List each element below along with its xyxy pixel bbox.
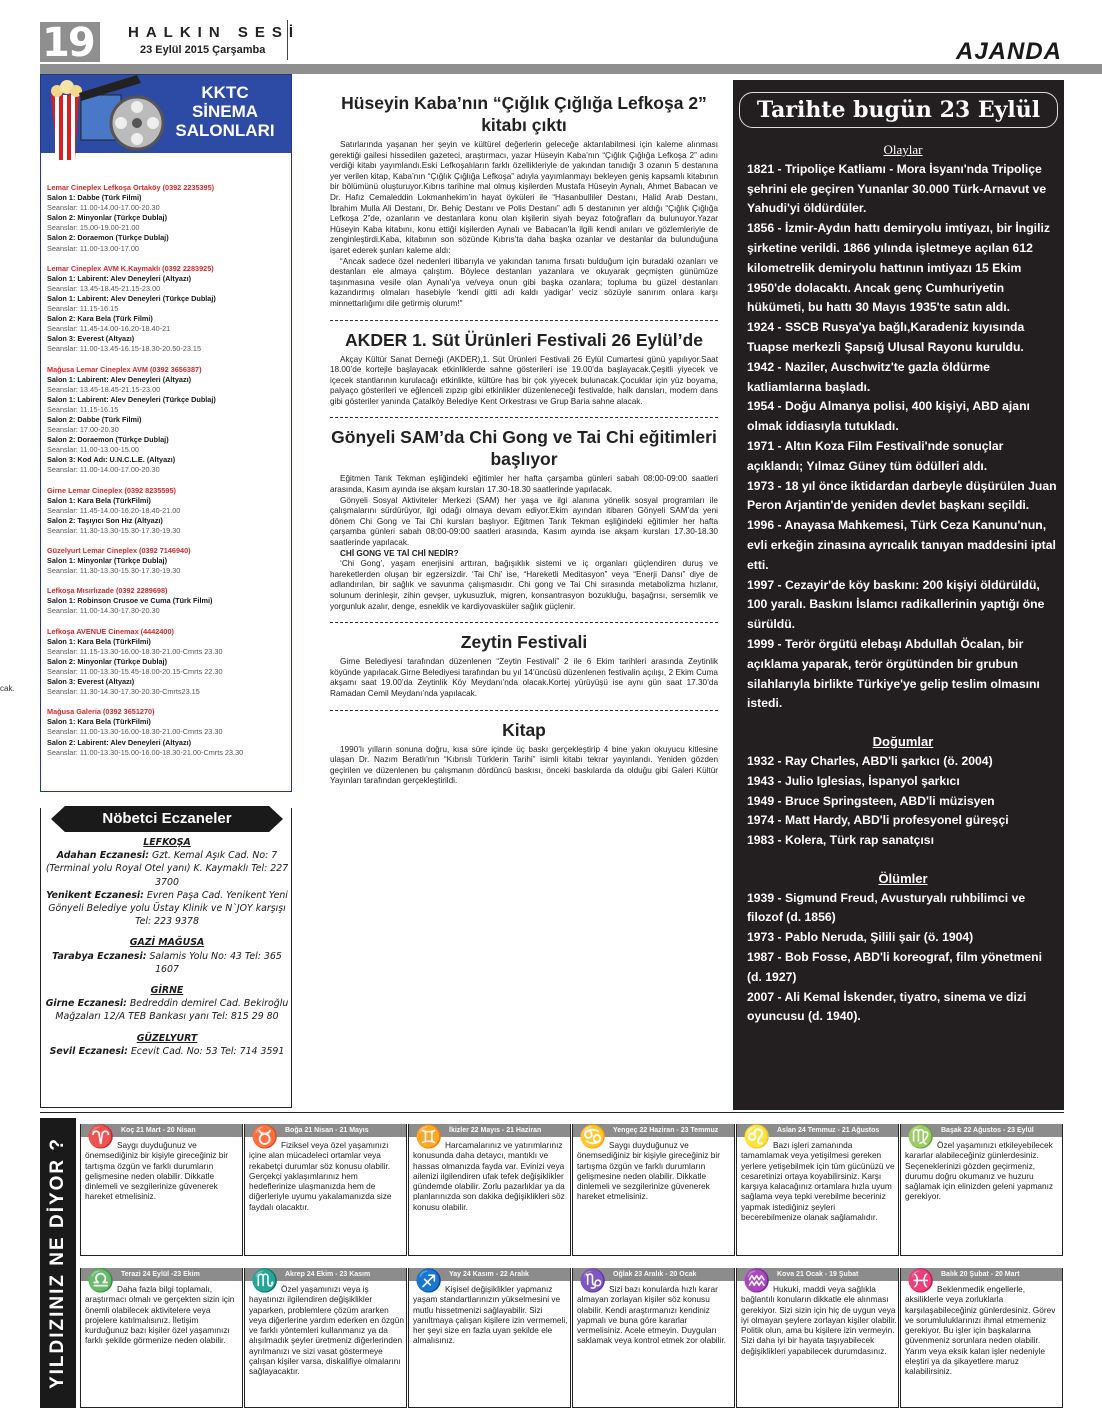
article-paragraph: 1990’lı yılların sonuna doğru, kısa süre… (330, 745, 718, 787)
history-item: 1996 - Anayasa Mahkemesi, Türk Ceza Kanu… (747, 516, 1059, 575)
history-item: 1974 - Matt Hardy, ABD'li profesyonel gü… (747, 811, 1059, 831)
pharmacy-city: GÜZELYURT (45, 1032, 289, 1045)
history-item: 1943 - Julio Iglesias, İspanyol şarkıcı (747, 772, 1059, 792)
salon-title: Salon 1: Kara Bela (TürkFilmi) (47, 637, 291, 647)
horoscope-card: Oğlak 23 Aralık - 20 Ocak♑Sizi bazı konu… (572, 1268, 735, 1408)
popcorn-film-reel-icon (45, 65, 165, 175)
salon-title: Salon 2: Labirent: Alev Deneyleri (Altya… (47, 738, 291, 748)
cinema-venue: Lefkoşa Mısırlızade (0392 2289698)Salon … (47, 586, 291, 616)
cinema-venue: Mağusa Lemar Cineplex AVM (0392 3656387)… (47, 365, 291, 476)
horoscope-card: Kova 21 Ocak - 19 Şubat♒Hukuki, maddi ve… (736, 1268, 899, 1408)
pharmacy-box: Nöbetci Eczaneler LEFKOŞAAdahan Eczanesi… (40, 808, 292, 1108)
history-item: 1954 - Doğu Almanya polisi, 400 kişiyi, … (747, 397, 1059, 437)
section-title: AJANDA (956, 38, 1062, 66)
history-item: 1973 - Pablo Neruda, Şilili şair (ö. 190… (747, 928, 1059, 948)
horoscope-text: Kişisel değişiklikler yapmanız yaşam sta… (413, 1284, 569, 1346)
cinema-venue: Girne Lemar Cineplex (0392 8235595)Salon… (47, 486, 291, 536)
cinema-banner: KKTC SİNEMA SALONLARI (41, 75, 291, 153)
horoscope-card: Aslan 24 Temmuz - 21 Ağustos♌Bazı işleri… (736, 1124, 899, 1256)
showtimes: Seanslar: 11.15-13.30-16.00-18.30-21.00-… (47, 647, 291, 657)
horoscope-text: Özel yaşamınızı veya iş hayatınızı ilgil… (249, 1284, 405, 1377)
pharmacy-list: LEFKOŞAAdahan Eczanesi: Gzt. Kemal Aşık … (45, 836, 289, 1058)
births-heading: Doğumlar (747, 732, 1059, 752)
horoscope-card: Yay 24 Kasım - 22 Aralık♐Kişisel değişik… (408, 1268, 571, 1408)
article-title: Zeytin Festivali (330, 631, 718, 653)
showtimes: Seanslar: 11.30-14.30-17.30-20.30-Cmrts2… (47, 687, 291, 697)
salon-title: Salon 1: Labirent: Alev Deneyleri (Türkç… (47, 395, 291, 405)
news-article: Kitap1990’lı yılların sonuna doğru, kısa… (330, 719, 718, 787)
showtimes: Seanslar: 11.30-13.30-15.30-17.30-19.30 (47, 566, 291, 576)
pharmacy-address: Salamis Yolu No: 43 Tel: 365 1607 (146, 951, 281, 975)
venue-name: Mağusa Lemar Cineplex AVM (0392 3656387) (47, 365, 291, 375)
salon-title: Salon 2: Doraemon (Türkçe Dublaj) (47, 435, 291, 445)
venue-name: Lemar Cineplex AVM K.Kaymaklı (0392 2283… (47, 264, 291, 274)
showtimes: Seanslar: 11.45-14.00-16.20-18.40-21 (47, 324, 291, 334)
horoscope-text: Hukuki, maddi veya sağlıkla bağlantılı k… (741, 1284, 897, 1356)
showtimes: Seanslar: 11.45-14.00-16.20-18.40-21.00 (47, 506, 291, 516)
history-item: 2007 - Ali Kemal İskender, tiyatro, sine… (747, 988, 1059, 1028)
pharmacy-city: GİRNE (45, 984, 289, 997)
showtimes: Seanslar: 11.00-13.00-15.00 (47, 445, 291, 455)
showtimes: Seanslar: 11.00-13.30-15.00-16.00-18.30-… (47, 748, 291, 758)
news-article: Gönyeli SAM’da Chi Gong ve Tai Chi eğiti… (330, 426, 718, 612)
salon-title: Salon 1: Labirent: Alev Deneyleri (Altya… (47, 274, 291, 284)
article-divider (330, 710, 718, 711)
showtimes: Seanslar: 11.00-14.00-17.00-20.30 (47, 465, 291, 475)
article-divider (330, 417, 718, 418)
history-item: 1997 - Cezayir'de köy baskını: 200 kişiy… (747, 576, 1059, 635)
horoscope-text: Saygı duyduğunuz ve önemsediğiniz bir ki… (85, 1140, 241, 1202)
venue-name: Lemar Cineplex Lefkoşa Ortaköy (0392 223… (47, 183, 291, 193)
history-title: Tarihte bugün 23 Eylül (739, 92, 1058, 128)
history-content: Olaylar 1821 - Tripoliçe Katliamı - Mora… (747, 140, 1059, 1027)
salon-title: Salon 2: Minyonlar (Türkçe Dublaj) (47, 213, 291, 223)
horoscope-card: Balık 20 Şubat - 20 Mart♓Beklenmedik eng… (900, 1268, 1063, 1408)
article-title: Kitap (330, 719, 718, 741)
showtimes: Seanslar: 11.00-13.00-17.00 (47, 244, 291, 254)
horoscope-text: Bazı işleri zamanında tamamlamak veya ye… (741, 1140, 897, 1222)
news-column: Hüseyin Kaba’nın “Çığlık Çığlığa Lefkoşa… (330, 92, 718, 787)
horoscope-card: Boğa 21 Nisan - 21 Mayıs♉Fiziksel veya ö… (244, 1124, 407, 1256)
article-paragraph: ‘Chi Gong’, yaşam enerjisini arttıran, b… (330, 559, 718, 612)
issue-date: 23 Eylül 2015 Çarşamba (140, 44, 265, 56)
cinema-venue: Güzelyurt Lemar Cineplex (0392 7146940)S… (47, 546, 291, 576)
salon-title: Salon 2: Taşıyıcı Son Hız (Altyazı) (47, 516, 291, 526)
venue-name: Lefkoşa AVENUE Cinemax (4442400) (47, 627, 291, 637)
salon-title: Salon 3: Everest (Altyazı) (47, 334, 291, 344)
salon-title: Salon 1: Labirent: Alev Deneyleri (Türkç… (47, 294, 291, 304)
horoscope-card: Koç 21 Mart - 20 Nisan♈Saygı duyduğunuz … (80, 1124, 243, 1256)
article-divider (330, 622, 718, 623)
showtimes: Seanslar: 15.00-19.00-21.00 (47, 223, 291, 233)
salon-title: Salon 1: Dabbe (Türk Filmi) (47, 193, 291, 203)
history-item: 1939 - Sigmund Freud, Avusturyalı ruhbil… (747, 889, 1059, 929)
horoscope-text: Sizi bazı konularda hızlı karar almayan … (577, 1284, 733, 1346)
pharmacy-name: Tarabya Eczanesi: (52, 951, 146, 962)
history-item: 1856 - İzmir-Aydın hattı demiryolu imtiy… (747, 219, 1059, 318)
horoscope-text: Özel yaşamınızı etkileyebilecek kararlar… (905, 1140, 1061, 1202)
showtimes: Seanslar: 11.15-16.15 (47, 304, 291, 314)
showtimes: Seanslar: 13.45-18.45-21.15-23.00 (47, 385, 291, 395)
showtimes: Seanslar: 11.15-16.15 (47, 405, 291, 415)
article-paragraph: Girne Belediyesi tarafından düzenlenen “… (330, 657, 718, 699)
cinema-listings: KKTC SİNEMA SALONLARI Lemar Cineplex Lef… (40, 74, 292, 792)
history-item: 1949 - Bruce Springsteen, ABD'li müzisye… (747, 792, 1059, 812)
history-item: 1999 - Terör örgütü elebaşı Abdullah Öca… (747, 635, 1059, 714)
salon-title: Salon 1: Kara Bela (TürkFilmi) (47, 496, 291, 506)
venue-name: Mağusa Galeria (0392 3651270) (47, 707, 291, 717)
article-title: AKDER 1. Süt Ürünleri Festivali 26 Eylül… (330, 329, 718, 351)
salon-title: Salon 1: Labirent: Alev Deneyleri (Altya… (47, 375, 291, 385)
cinema-venue: Lemar Cineplex AVM K.Kaymaklı (0392 2283… (47, 264, 291, 355)
news-article: Hüseyin Kaba’nın “Çığlık Çığlığa Lefkoşa… (330, 92, 718, 310)
pharmacy-city: LEFKOŞA (45, 836, 289, 849)
deaths-list: 1939 - Sigmund Freud, Avusturyalı ruhbil… (747, 889, 1059, 1028)
history-item: 1983 - Kolera, Türk rap sanatçısı (747, 831, 1059, 851)
showtimes: Seanslar: 13.45-18.45-21.15-23.00 (47, 284, 291, 294)
deaths-heading: Ölümler (747, 869, 1059, 889)
page-number: 19 (42, 20, 94, 66)
pharmacy-name: Yenikent Eczanesi: (46, 890, 144, 901)
news-article: Zeytin FestivaliGirne Belediyesi tarafın… (330, 631, 718, 699)
showtimes: Seanslar: 11.00-13.30-16.00-18.30-21.00-… (47, 727, 291, 737)
article-paragraph: Eğitmen Tarık Tekman eşliğindeki eğitiml… (330, 474, 718, 495)
showtimes: Seanslar: 11.00-13.30-15.45-18.00-20.15-… (47, 667, 291, 677)
cinema-venue: Mağusa Galeria (0392 3651270)Salon 1: Ka… (47, 707, 291, 757)
venue-name: Girne Lemar Cineplex (0392 8235595) (47, 486, 291, 496)
newspaper-name: HALKIN SESİ (128, 24, 300, 41)
cinema-venue: Lemar Cineplex Lefkoşa Ortaköy (0392 223… (47, 183, 291, 254)
header-bar (40, 64, 1102, 74)
pharmacy-entry: Sevil Eczanesi: Ecevit Cad. No: 53 Tel: … (45, 1045, 289, 1058)
article-body: 1990’lı yılların sonuna doğru, kısa süre… (330, 745, 718, 787)
article-paragraph: Gönyeli Sosyal Aktiviteler Merkezi (SAM)… (330, 496, 718, 549)
article-paragraph: Satırlarında yaşanan her şeyin ve kültür… (330, 140, 718, 257)
horoscope-card: Yengeç 22 Haziran - 23 Temmuz♋Saygı duyd… (572, 1124, 735, 1256)
salon-title: Salon 2: Dabbe (Türk Filmi) (47, 415, 291, 425)
article-body: Eğitmen Tarık Tekman eşliğindeki eğitiml… (330, 474, 718, 612)
showtimes: Seanslar: 11.00-14.00-17.00-20.30 (47, 203, 291, 213)
salon-title: Salon 3: Kod Adı: U.N.C.L.E. (Altyazı) (47, 455, 291, 465)
horoscope-card: İkizler 22 Mayıs - 21 Haziran♊Harcamalar… (408, 1124, 571, 1256)
article-body: Girne Belediyesi tarafından düzenlenen “… (330, 657, 718, 699)
pharmacy-address: Ecevit Cad. No: 53 Tel: 714 3591 (128, 1046, 284, 1057)
horoscope-card: Terazi 24 Eylül -23 Ekim♎Daha fazla bilg… (80, 1268, 243, 1408)
article-body: Satırlarında yaşanan her şeyin ve kültür… (330, 140, 718, 310)
salon-title: Salon 1: Minyonlar (Türkçe Dublaj) (47, 556, 291, 566)
horoscope-card: Akrep 24 Ekim - 23 Kasım♏Özel yaşamınızı… (244, 1268, 407, 1408)
history-item: 1971 - Altın Koza Film Festivali'nde son… (747, 437, 1059, 477)
history-item: 1924 - SSCB Rusya'ya bağlı,Karadeniz kıy… (747, 318, 1059, 358)
horoscope-text: Daha fazla bilgi toplamalı, araştırmacı … (85, 1284, 241, 1346)
horoscope-text: Fiziksel veya özel yaşamınızı içine alan… (249, 1140, 405, 1212)
showtimes: Seanslar: 11.00-14.30-17.30-20.30 (47, 606, 291, 616)
horoscope-text: Saygı duyduğunuz ve önemsediğiniz bir ki… (577, 1140, 733, 1202)
cinema-venue: Lefkoşa AVENUE Cinemax (4442400)Salon 1:… (47, 627, 291, 698)
showtimes: Seanslar: 11.00-13.45-16.15-18.30-20.50-… (47, 344, 291, 354)
horoscope-text: Harcamalarınız ve yatırımlarınız konusun… (413, 1140, 569, 1212)
pharmacy-entry: Girne Eczanesi: Bedreddin demirel Cad. B… (45, 997, 289, 1023)
salon-title: Salon 2: Minyonlar (Türkçe Dublaj) (47, 657, 291, 667)
history-item: 1987 - Bob Fosse, ABD'li koreograf, film… (747, 948, 1059, 988)
cinema-venue-list: Lemar Cineplex Lefkoşa Ortaköy (0392 223… (47, 183, 291, 768)
history-item: 1973 - 18 yıl önce iktidardan darbeyle d… (747, 477, 1059, 517)
article-paragraph: “Ancak sadece özel nedenleri itibarıyla … (330, 257, 718, 310)
venue-name: Lefkoşa Mısırlızade (0392 2289698) (47, 586, 291, 596)
history-box: Tarihte bugün 23 Eylül Olaylar 1821 - Tr… (733, 80, 1064, 1110)
pharmacy-entry: Yenikent Eczanesi: Evren Paşa Cad. Yenik… (45, 889, 289, 929)
pharmacy-name: Girne Eczanesi: (46, 998, 127, 1009)
births-list: 1932 - Ray Charles, ABD'li şarkıcı (ö. 2… (747, 752, 1059, 851)
pharmacy-entry: Tarabya Eczanesi: Salamis Yolu No: 43 Te… (45, 950, 289, 976)
history-item: 1821 - Tripoliçe Katliamı - Mora İsyanı'… (747, 160, 1059, 219)
pharmacy-entry: Adahan Eczanesi: Gzt. Kemal Aşık Cad. No… (45, 849, 289, 889)
salon-title: Salon 1: Robinson Crusoe ve Cuma (Türk F… (47, 596, 291, 606)
article-subheading: CHİ GONG VE TAİ CHİ NEDİR? (330, 549, 718, 560)
history-item: 1932 - Ray Charles, ABD'li şarkıcı (ö. 2… (747, 752, 1059, 772)
history-item: 1942 - Naziler, Auschwitz'te gazla öldür… (747, 358, 1059, 398)
salon-title: Salon 2: Kara Bela (Türk Filmi) (47, 314, 291, 324)
showtimes: Seanslar: 17.00-20.30 (47, 425, 291, 435)
article-title: Hüseyin Kaba’nın “Çığlık Çığlığa Lefkoşa… (330, 92, 718, 136)
events-heading: Olaylar (747, 140, 1059, 160)
header-divider (287, 20, 288, 60)
news-article: AKDER 1. Süt Ürünleri Festivali 26 Eylül… (330, 329, 718, 408)
horoscope-card: Başak 22 Ağustos - 23 Eylül♍Özel yaşamın… (900, 1124, 1063, 1256)
salon-title: Salon 2: Doraemon (Türkçe Dublaj) (47, 233, 291, 243)
salon-title: Salon 1: Kara Bela (TürkFilmi) (47, 717, 291, 727)
horoscope-side-banner: YILDIZINIZ NE DİYOR ? (40, 1118, 76, 1408)
pharmacy-name: Sevil Eczanesi: (50, 1046, 128, 1057)
article-title: Gönyeli SAM’da Chi Gong ve Tai Chi eğiti… (330, 426, 718, 470)
cinema-title: KKTC SİNEMA SALONLARI (165, 83, 285, 140)
article-paragraph: Akçay Kültür Sanat Derneği (AKDER),1. Sü… (330, 355, 718, 408)
venue-name: Güzelyurt Lemar Cineplex (0392 7146940) (47, 546, 291, 556)
salon-title: Salon 3: Everest (Altyazı) (47, 677, 291, 687)
article-divider (330, 320, 718, 321)
pharmacy-title: Nöbetci Eczaneler (51, 806, 283, 832)
cut-off-text: cak. (0, 684, 15, 693)
article-body: Akçay Kültür Sanat Derneği (AKDER),1. Sü… (330, 355, 718, 408)
events-list: 1821 - Tripoliçe Katliamı - Mora İsyanı'… (747, 160, 1059, 714)
pharmacy-name: Adahan Eczanesi: (57, 850, 149, 861)
horoscope-text: Beklenmedik engellerle, aksiliklerle vey… (905, 1284, 1061, 1377)
showtimes: Seanslar: 11.30-13.30-15.30-17.30-19.30 (47, 526, 291, 536)
pharmacy-city: GAZİ MAĞUSA (45, 936, 289, 949)
